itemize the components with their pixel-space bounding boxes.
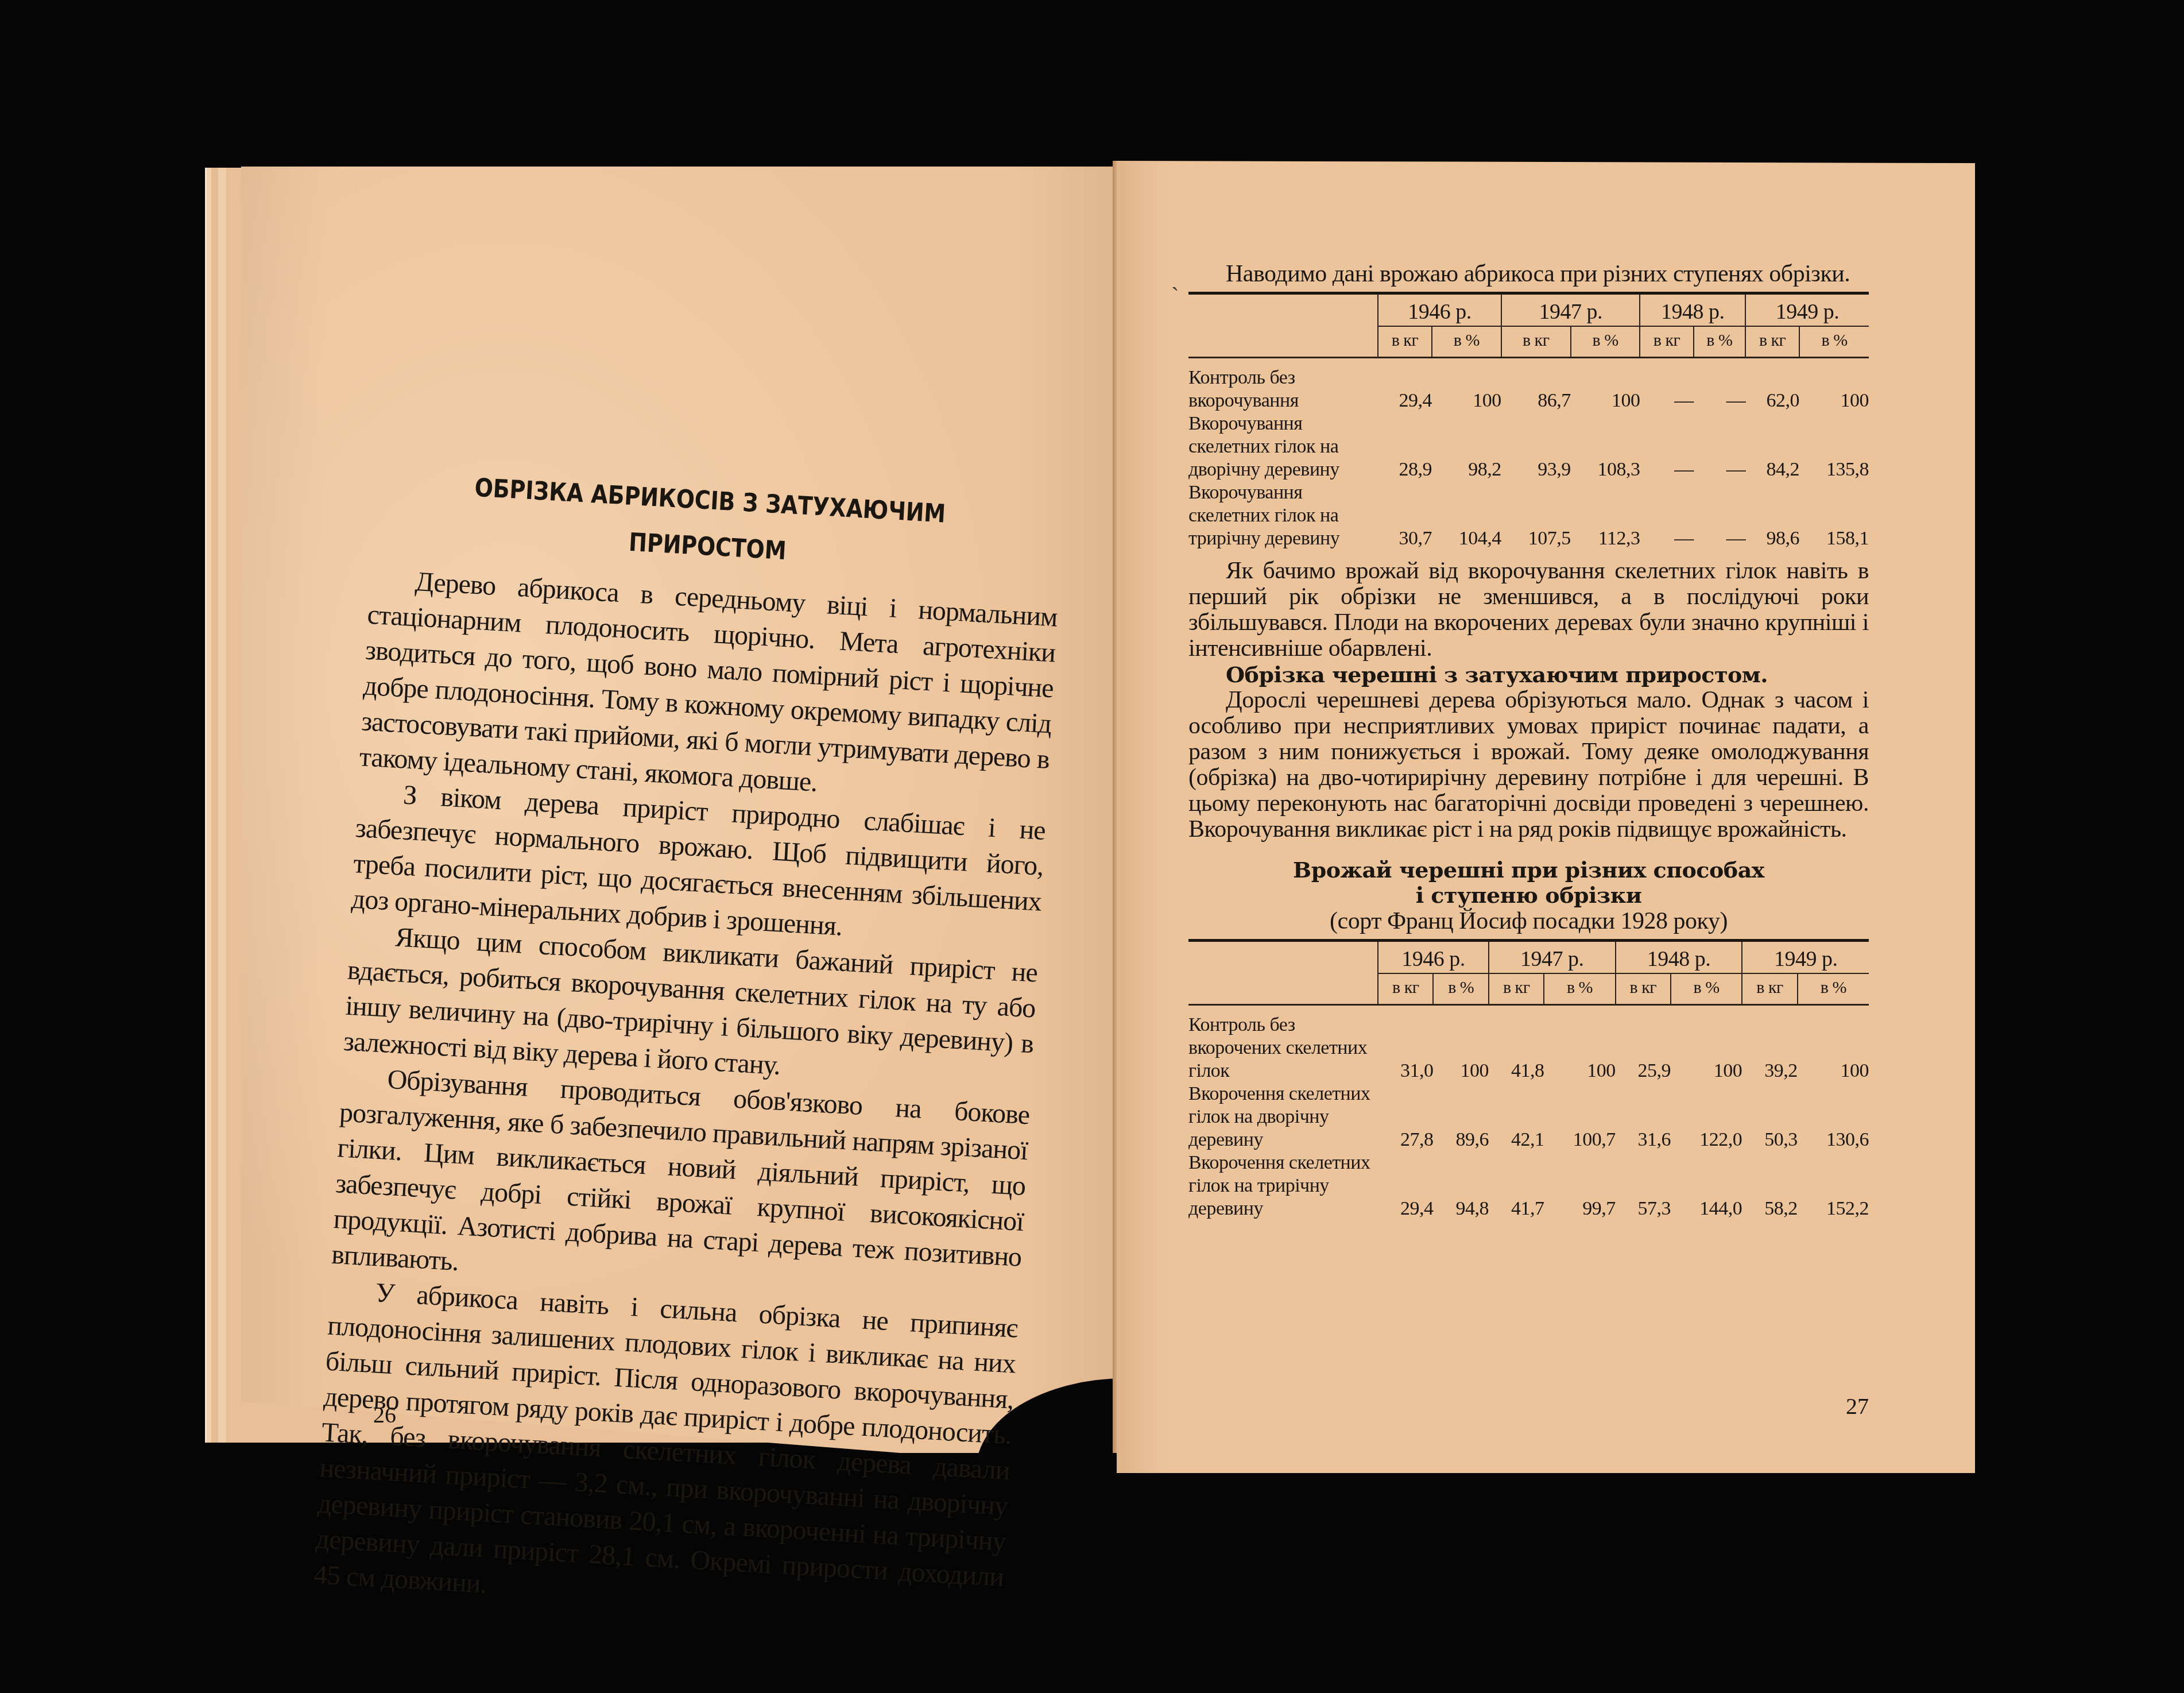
cell: 50,3 — [1742, 1083, 1797, 1151]
cell: 104,4 — [1432, 481, 1501, 550]
row-label: Вкорочування скелетних гілок на дворічну… — [1188, 412, 1378, 481]
row-label: Вкорочування скелетних гілок на трирічну… — [1188, 481, 1378, 550]
unit-header-pct: в % — [1798, 973, 1869, 1004]
year-header: 1947 р. — [1489, 942, 1616, 973]
row-label: Вкорочення скелетних гілок на дворічну д… — [1188, 1083, 1378, 1151]
cell: 152,2 — [1798, 1151, 1869, 1220]
cell: 31,0 — [1378, 1006, 1433, 1083]
table2-caption-line-1: Врожай черешні при різних способах — [1188, 857, 1869, 883]
cell: 41,7 — [1489, 1151, 1544, 1220]
cell: 144,0 — [1671, 1151, 1742, 1220]
cell: 100 — [1432, 358, 1501, 412]
unit-header-pct: в % — [1571, 326, 1640, 357]
year-header: 1948 р. — [1640, 295, 1745, 326]
table-row: Контроль без вкорочування 29,4 100 86,7 … — [1188, 358, 1869, 412]
cell: 108,3 — [1571, 412, 1640, 481]
unit-header-kg: в кг — [1489, 973, 1544, 1004]
unit-header-pct: в % — [1671, 973, 1742, 1004]
table2-caption-line-2: і ступеню обрізки — [1188, 883, 1869, 908]
cell: 130,6 — [1798, 1083, 1869, 1151]
table-row: Вкорочення скелетних гілок на трирічну д… — [1188, 1151, 1869, 1220]
paragraph: Як бачимо врожай від вкорочування скелет… — [1188, 558, 1869, 662]
cell: 86,7 — [1501, 358, 1571, 412]
cell: 107,5 — [1501, 481, 1571, 550]
table-header-blank — [1188, 942, 1378, 1004]
unit-header-pct: в % — [1433, 973, 1488, 1004]
cell: 62,0 — [1745, 358, 1799, 412]
cell: — — [1640, 412, 1693, 481]
cell: 58,2 — [1742, 1151, 1797, 1220]
cell: — — [1694, 358, 1746, 412]
unit-header-kg: в кг — [1745, 326, 1799, 357]
cell: 100 — [1798, 1006, 1869, 1083]
cell: 112,3 — [1571, 481, 1640, 550]
unit-header-pct: в % — [1799, 326, 1869, 357]
unit-header-kg: в кг — [1501, 326, 1571, 357]
row-label: Контроль без вкорочених скелетних гілок — [1188, 1006, 1378, 1083]
table-row: Вкорочування скелетних гілок на трирічну… — [1188, 481, 1869, 550]
paragraph: Дерево абрикоса в середньому віці і норм… — [358, 562, 1058, 813]
section-subheading: Обрізка черешні з затухаючим приростом. — [1188, 662, 1869, 687]
cell: 135,8 — [1799, 412, 1869, 481]
cell: 41,8 — [1489, 1006, 1544, 1083]
paragraph: У абрикоса навіть і сильна обрізка не пр… — [313, 1273, 1019, 1631]
table-row: Вкорочення скелетних гілок на дворічну д… — [1188, 1083, 1869, 1151]
unit-header-kg: в кг — [1616, 973, 1671, 1004]
cell: 42,1 — [1489, 1083, 1544, 1151]
cell: — — [1640, 481, 1693, 550]
intro-paragraph: Наводимо дані врожаю абрикоса при різних… — [1188, 261, 1869, 287]
table-row: Вкорочування скелетних гілок на дворічну… — [1188, 412, 1869, 481]
table2-caption-line-3: (сорт Франц Йосиф посадки 1928 року) — [1188, 908, 1869, 934]
cell: 25,9 — [1616, 1006, 1671, 1083]
cell: 100 — [1671, 1006, 1742, 1083]
cell: 28,9 — [1378, 412, 1432, 481]
year-header: 1947 р. — [1501, 295, 1640, 326]
pencil-tick-mark: ˎ — [1171, 264, 1179, 291]
cell: 98,6 — [1745, 481, 1799, 550]
cell: 84,2 — [1745, 412, 1799, 481]
cell: — — [1694, 481, 1746, 550]
cell: 99,7 — [1544, 1151, 1615, 1220]
cell: 39,2 — [1742, 1006, 1797, 1083]
cell: 29,4 — [1378, 1151, 1433, 1220]
row-label: Вкорочення скелетних гілок на трирічну д… — [1188, 1151, 1378, 1220]
paragraph: Дорослі черешневі дерева обрізуються мал… — [1188, 687, 1869, 842]
cell: 100 — [1799, 358, 1869, 412]
unit-header-kg: в кг — [1742, 973, 1797, 1004]
cell: 100,7 — [1544, 1083, 1615, 1151]
cell: 122,0 — [1671, 1083, 1742, 1151]
table-row: Контроль без вкорочених скелетних гілок … — [1188, 1006, 1869, 1083]
year-header: 1949 р. — [1742, 942, 1869, 973]
cell: 158,1 — [1799, 481, 1869, 550]
cell: 100 — [1544, 1006, 1615, 1083]
paragraph: Обрізування проводиться обов'язково на б… — [331, 1059, 1031, 1311]
unit-header-pct: в % — [1544, 973, 1615, 1004]
cherry-yield-table: 1946 р. 1947 р. 1948 р. 1949 р. в кг в %… — [1188, 942, 1869, 1220]
unit-header-kg: в кг — [1378, 326, 1432, 357]
year-header: 1946 р. — [1378, 942, 1489, 973]
page-number-left: 26 — [373, 1401, 396, 1428]
cell: 98,2 — [1432, 412, 1501, 481]
cell: 89,6 — [1433, 1083, 1488, 1151]
year-header: 1948 р. — [1616, 942, 1742, 973]
cell: 93,9 — [1501, 412, 1571, 481]
right-page-text-block: Наводимо дані врожаю абрикоса при різних… — [1188, 261, 1869, 1220]
unit-header-kg: в кг — [1640, 326, 1693, 357]
unit-header-pct: в % — [1694, 326, 1746, 357]
cell: 29,4 — [1378, 358, 1432, 412]
cell: 57,3 — [1616, 1151, 1671, 1220]
table-header-blank — [1188, 295, 1378, 357]
unit-header-kg: в кг — [1378, 973, 1433, 1004]
year-header: 1949 р. — [1745, 295, 1869, 326]
apricot-yield-table: 1946 р. 1947 р. 1948 р. 1949 р. в кг в %… — [1188, 295, 1869, 550]
cell: — — [1640, 358, 1693, 412]
left-page-text-block: ОБРІЗКА АБРИКОСІВ З ЗАТУХАЮЧИМ ПРИРОСТОМ… — [313, 459, 1064, 1631]
cell: 100 — [1571, 358, 1640, 412]
cell: 30,7 — [1378, 481, 1432, 550]
cell: 94,8 — [1433, 1151, 1488, 1220]
unit-header-pct: в % — [1432, 326, 1501, 357]
cell: 31,6 — [1616, 1083, 1671, 1151]
year-header: 1946 р. — [1378, 295, 1501, 326]
cell: 27,8 — [1378, 1083, 1433, 1151]
cell: 100 — [1433, 1006, 1488, 1083]
cell: — — [1694, 412, 1746, 481]
row-label: Контроль без вкорочування — [1188, 358, 1378, 412]
page-number-right: 27 — [1846, 1393, 1869, 1420]
